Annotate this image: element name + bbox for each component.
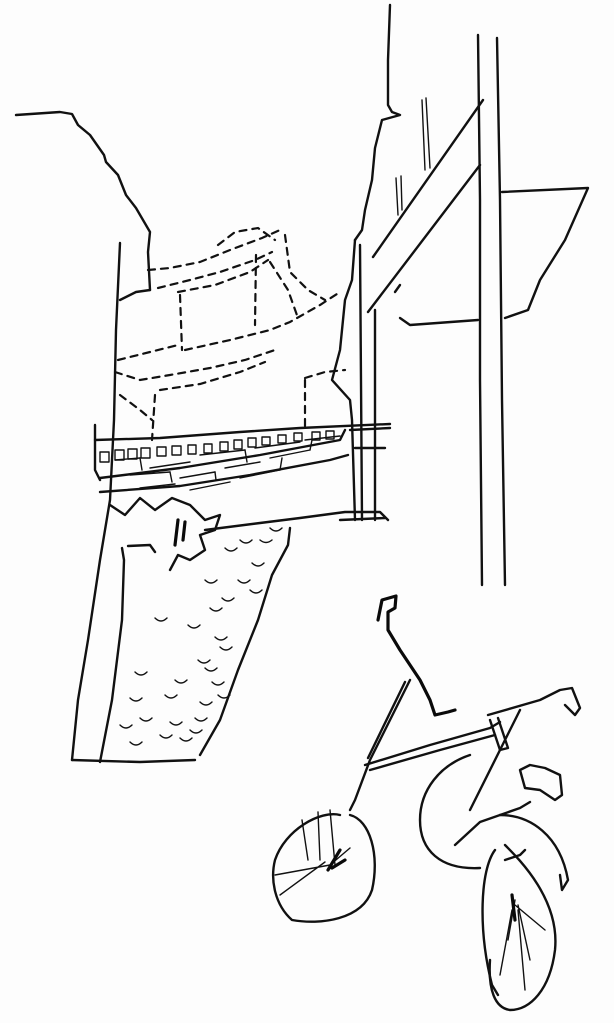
parked-bicycle (273, 596, 580, 1010)
right-building-facade (332, 5, 483, 520)
brick-wall (95, 424, 390, 492)
cobblestone-street (100, 498, 388, 762)
ink-sketch (0, 0, 614, 1023)
hanging-sign-board (400, 188, 588, 325)
utility-pole (478, 35, 505, 585)
